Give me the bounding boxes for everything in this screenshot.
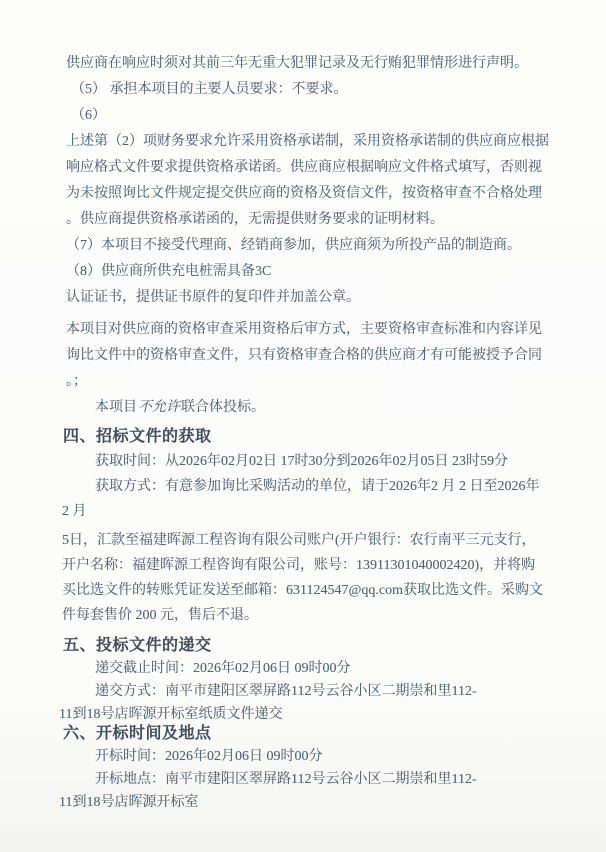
no-joint-suffix: 联合体投标。	[181, 400, 265, 415]
section-qualification-requirements: 供应商在响应时须对其前三年无重大犯罪记录及无行贿犯罪情形进行声明。 （5） 承担…	[66, 51, 556, 395]
line-obtain-time: 获取时间：从2026年02月02日 17时30分到2026年02月05日 23时…	[95, 449, 556, 474]
line-no-joint-bidding: 本项目不允许联合体投标。	[95, 395, 556, 420]
document-body: 供应商在响应时须对其前三年无重大犯罪记录及无行贿犯罪情形进行声明。 （5） 承担…	[0, 0, 606, 814]
heading-section-six: 六、开标时间及地点	[63, 722, 556, 745]
no-joint-prefix: 本项目	[95, 400, 137, 415]
heading-section-four: 四、招标文件的获取	[63, 424, 556, 449]
document-page: 供应商在响应时须对其前三年无重大犯罪记录及无行贿犯罪情形进行声明。 （5） 承担…	[0, 0, 606, 852]
line-qualification-review-3: 。；	[66, 369, 556, 395]
line-item8-3c-1: （8）供应商所供充电桩需具备3C	[66, 259, 556, 285]
line-credit-commitment-3: 为未按照询比文件规定提交供应商的资格及资信文件，按资格审查不合格处理	[66, 181, 556, 207]
line-item7-manufacturer: （7）本项目不接受代理商、经销商参加，供应商须为所投产品的制造商。	[66, 233, 556, 259]
line-item5-personnel: （5） 承担本项目的主要人员要求：不要求。	[71, 77, 556, 103]
section-document-obtaining: 本项目不允许联合体投标。 四、招标文件的获取 获取时间：从2026年02月02日…	[66, 395, 556, 628]
line-opening-time: 开标时间：2026年02月06日 09时00分	[95, 745, 556, 768]
line-qualification-review-1: 本项目对供应商的资格审查采用资格后审方式，主要资格审查标准和内容详见	[66, 317, 556, 343]
line-qualification-review-2: 询比文件中的资格审查文件，只有资格审查合格的供应商才有可能被授予合同	[66, 343, 556, 369]
line-opening-location-2: 11到18号店晖源开标室	[59, 791, 556, 814]
line-obtain-method-4: 开户名称：福建晖源工程咨询有限公司，账号：13911301040002420)，…	[62, 553, 556, 578]
heading-section-five: 五、投标文件的递交	[63, 634, 556, 657]
line-obtain-method-2: 2 月	[62, 499, 556, 524]
line-submit-method-1: 递交方式：南平市建阳区翠屏路112号云谷小区二期崇和里112-	[95, 680, 556, 703]
line-opening-location-1: 开标地点：南平市建阳区翠屏路112号云谷小区二期崇和里112-	[95, 768, 556, 791]
line-declaration: 供应商在响应时须对其前三年无重大犯罪记录及无行贿犯罪情形进行声明。	[66, 51, 556, 77]
line-obtain-method-1: 获取方式：有意参加询比采购活动的单位，请于2026年2 月 2 日至2026年	[95, 474, 556, 499]
line-obtain-method-3: 5日，汇款至福建晖源工程咨询有限公司账户(开户银行：农行南平三元支行，	[62, 528, 556, 553]
line-credit-commitment-2: 响应格式文件要求提供资格承诺函。供应商应根据响应文件格式填写，否则视	[66, 155, 556, 181]
line-item8-3c-2: 认证证书，提供证书原件的复印件并加盖公章。	[66, 285, 556, 311]
section-submission-and-opening: 五、投标文件的递交 递交截止时间：2026年02月06日 09时00分 递交方式…	[66, 634, 556, 814]
line-obtain-method-5: 买比选文件的转账凭证发送至邮箱：631124547@qq.com获取比选文件。采…	[62, 578, 556, 603]
line-obtain-method-6: 件每套售价 200 元，售后不退。	[62, 603, 556, 628]
line-credit-commitment-4: 。供应商提供资格承诺函的，无需提供财务要求的证明材料。	[66, 207, 556, 233]
line-item6: （6）	[71, 103, 556, 129]
no-joint-emphasis: 不允许	[138, 400, 180, 415]
line-credit-commitment-1: 上述第（2）项财务要求允许采用资格承诺制，采用资格承诺制的供应商应根据	[66, 129, 556, 155]
line-submit-deadline: 递交截止时间：2026年02月06日 09时00分	[95, 657, 556, 680]
